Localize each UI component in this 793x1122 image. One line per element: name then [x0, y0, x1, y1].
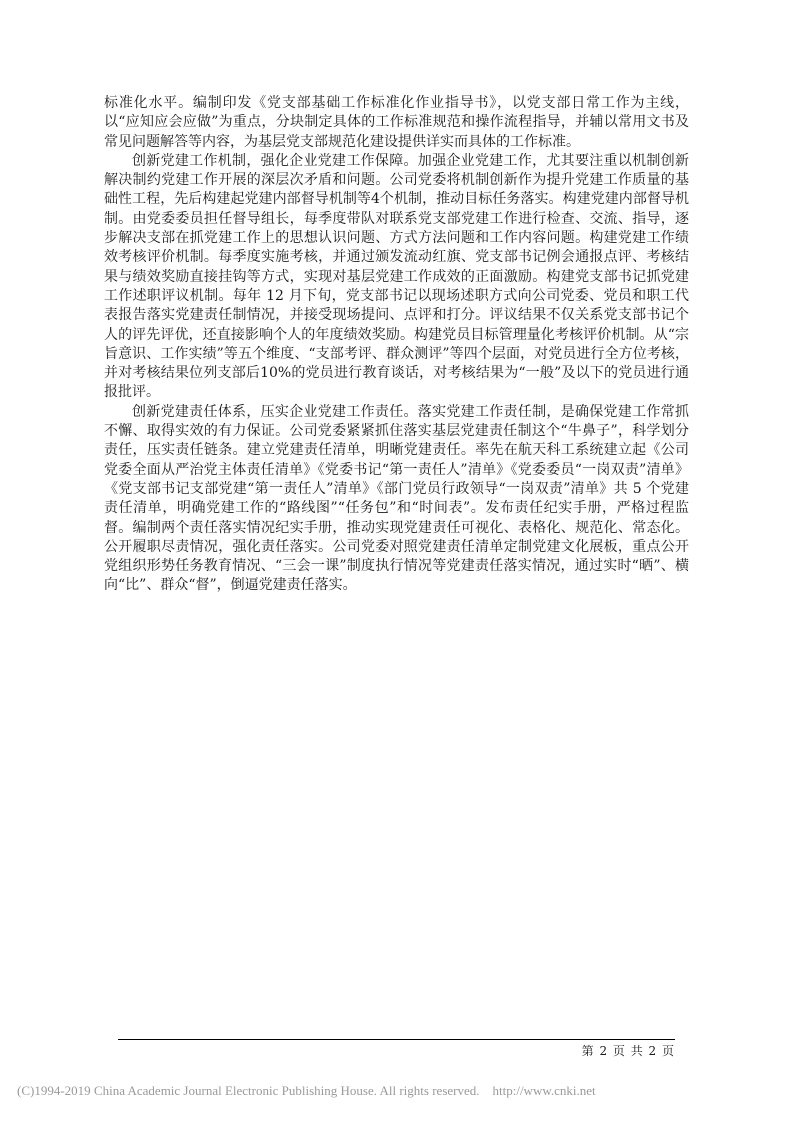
footer-divider [118, 1039, 675, 1040]
paragraph-2: 创新党建工作机制，强化企业党建工作保障。加强企业党建工作，尤其要注重以机制创新解… [104, 152, 689, 403]
page-number: 第 2 页 共 2 页 [582, 1042, 675, 1059]
body-text: 标准化水平。编制印发《党支部基础工作标准化作业指导书》，以党支部日常工作为主线，… [104, 94, 689, 596]
paragraph-3: 创新党建责任体系，压实企业党建工作责任。落实党建工作责任制，是确保党建工作常抓不… [104, 403, 689, 596]
document-page: 标准化水平。编制印发《党支部基础工作标准化作业指导书》，以党支部日常工作为主线，… [0, 0, 793, 1122]
paragraph-1: 标准化水平。编制印发《党支部基础工作标准化作业指导书》，以党支部日常工作为主线，… [104, 94, 689, 152]
copyright-notice: (C)1994-2019 China Academic Journal Elec… [17, 1083, 596, 1099]
